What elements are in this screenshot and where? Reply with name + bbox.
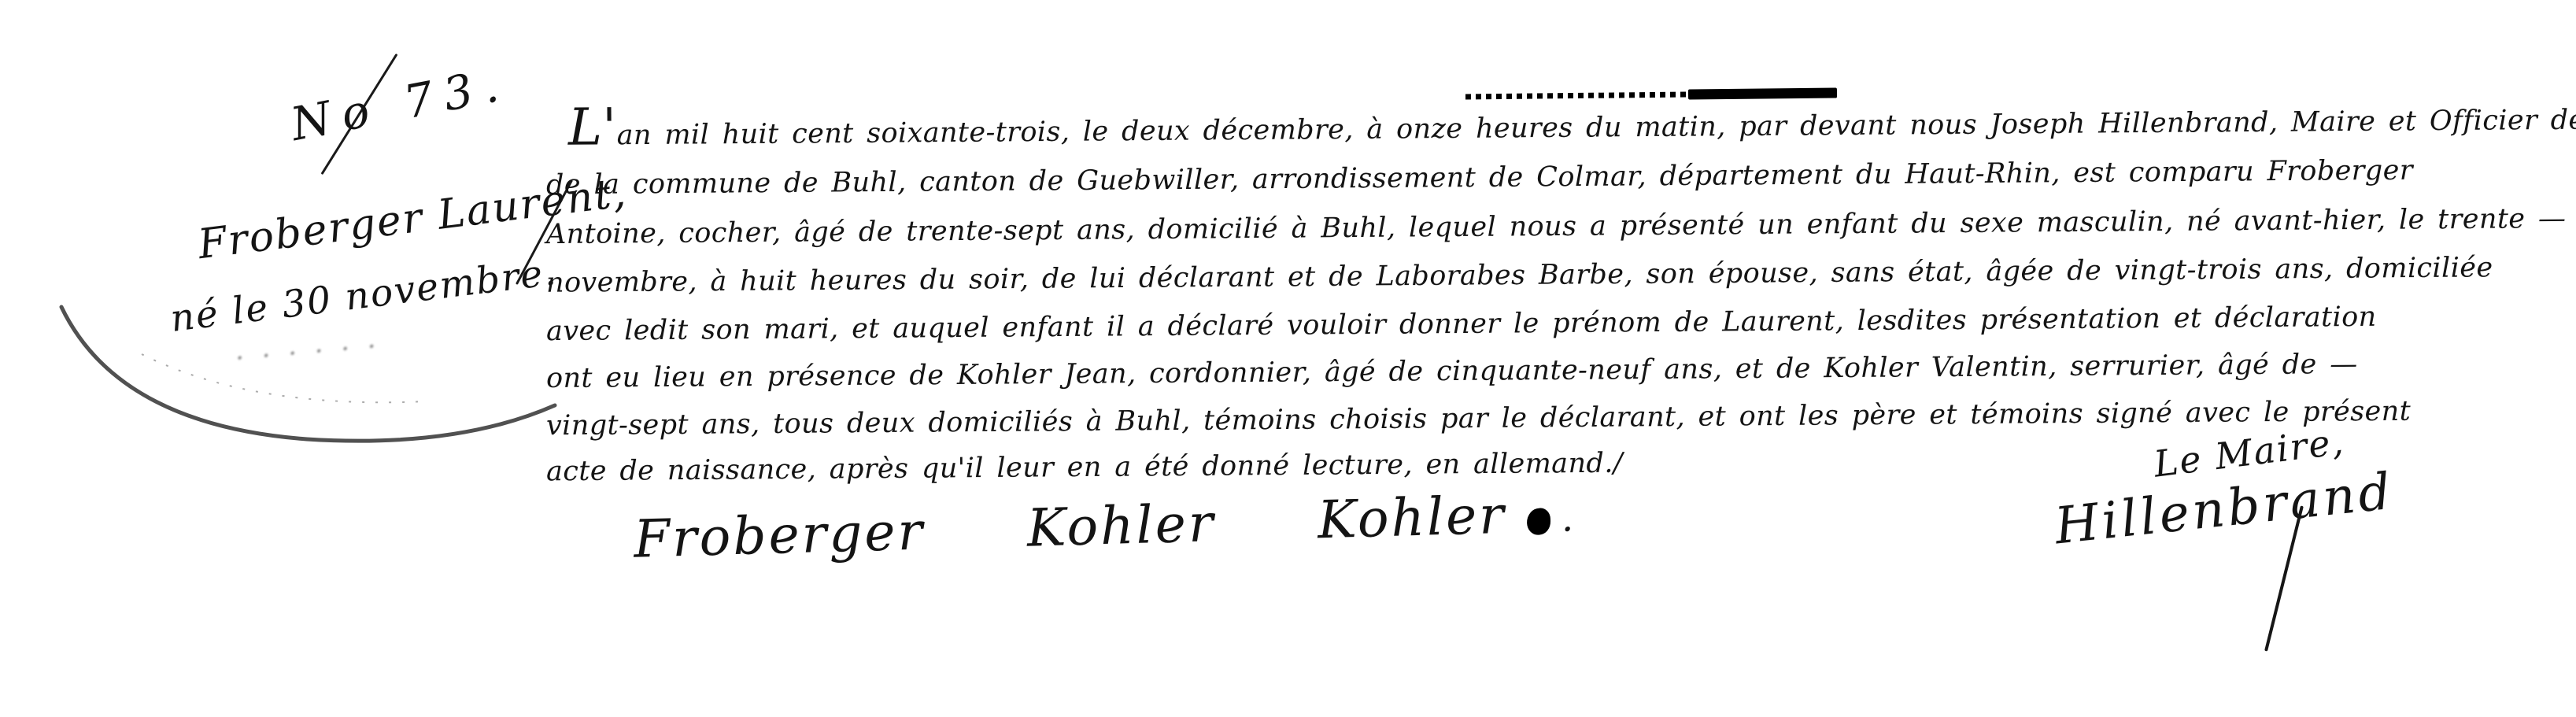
text-line-2: de la commune de Buhl, canton de Guebwil…: [546, 155, 2413, 201]
ink-blot-icon: [1526, 508, 1550, 535]
scanned-birth-record-page: No 73. Froberger Laurent, né le 30 novem…: [0, 0, 2576, 717]
signature-father: Froberger: [633, 505, 925, 565]
text-line-3: Antoine, cocher, âgé de trente-sept ans,…: [546, 203, 2567, 250]
signature-witness-2: Kohler.: [1317, 487, 1576, 546]
text-line-4: novembre, à huit heures du soir, de lui …: [546, 252, 2493, 298]
signature-row: Froberger Kohler Kohler.: [633, 487, 1576, 565]
act-number: No 73.: [286, 57, 513, 151]
ink-smear-dashes: [1465, 91, 1696, 99]
signature-witness-2-name: Kohler: [1317, 485, 1507, 551]
signature-period: .: [1561, 496, 1576, 540]
signature-witness-1: Kohler: [1026, 497, 1216, 555]
text-line-8: acte de naissance, après qu'il leur en a…: [546, 448, 1623, 488]
text-line-5: avec ledit son mari, et auquel enfant il…: [546, 301, 2377, 347]
ink-smear-solid: [1688, 88, 1837, 100]
text-line-7: vingt-sept ans, tous deux domiciliés à B…: [546, 396, 2411, 442]
text-line-6: ont eu lieu en présence de Kohler Jean, …: [546, 349, 2358, 394]
ink-smear-bar-icon: [1465, 87, 1837, 103]
text-line-1: L'an mil huit cent soixante-trois, le de…: [546, 103, 2576, 152]
